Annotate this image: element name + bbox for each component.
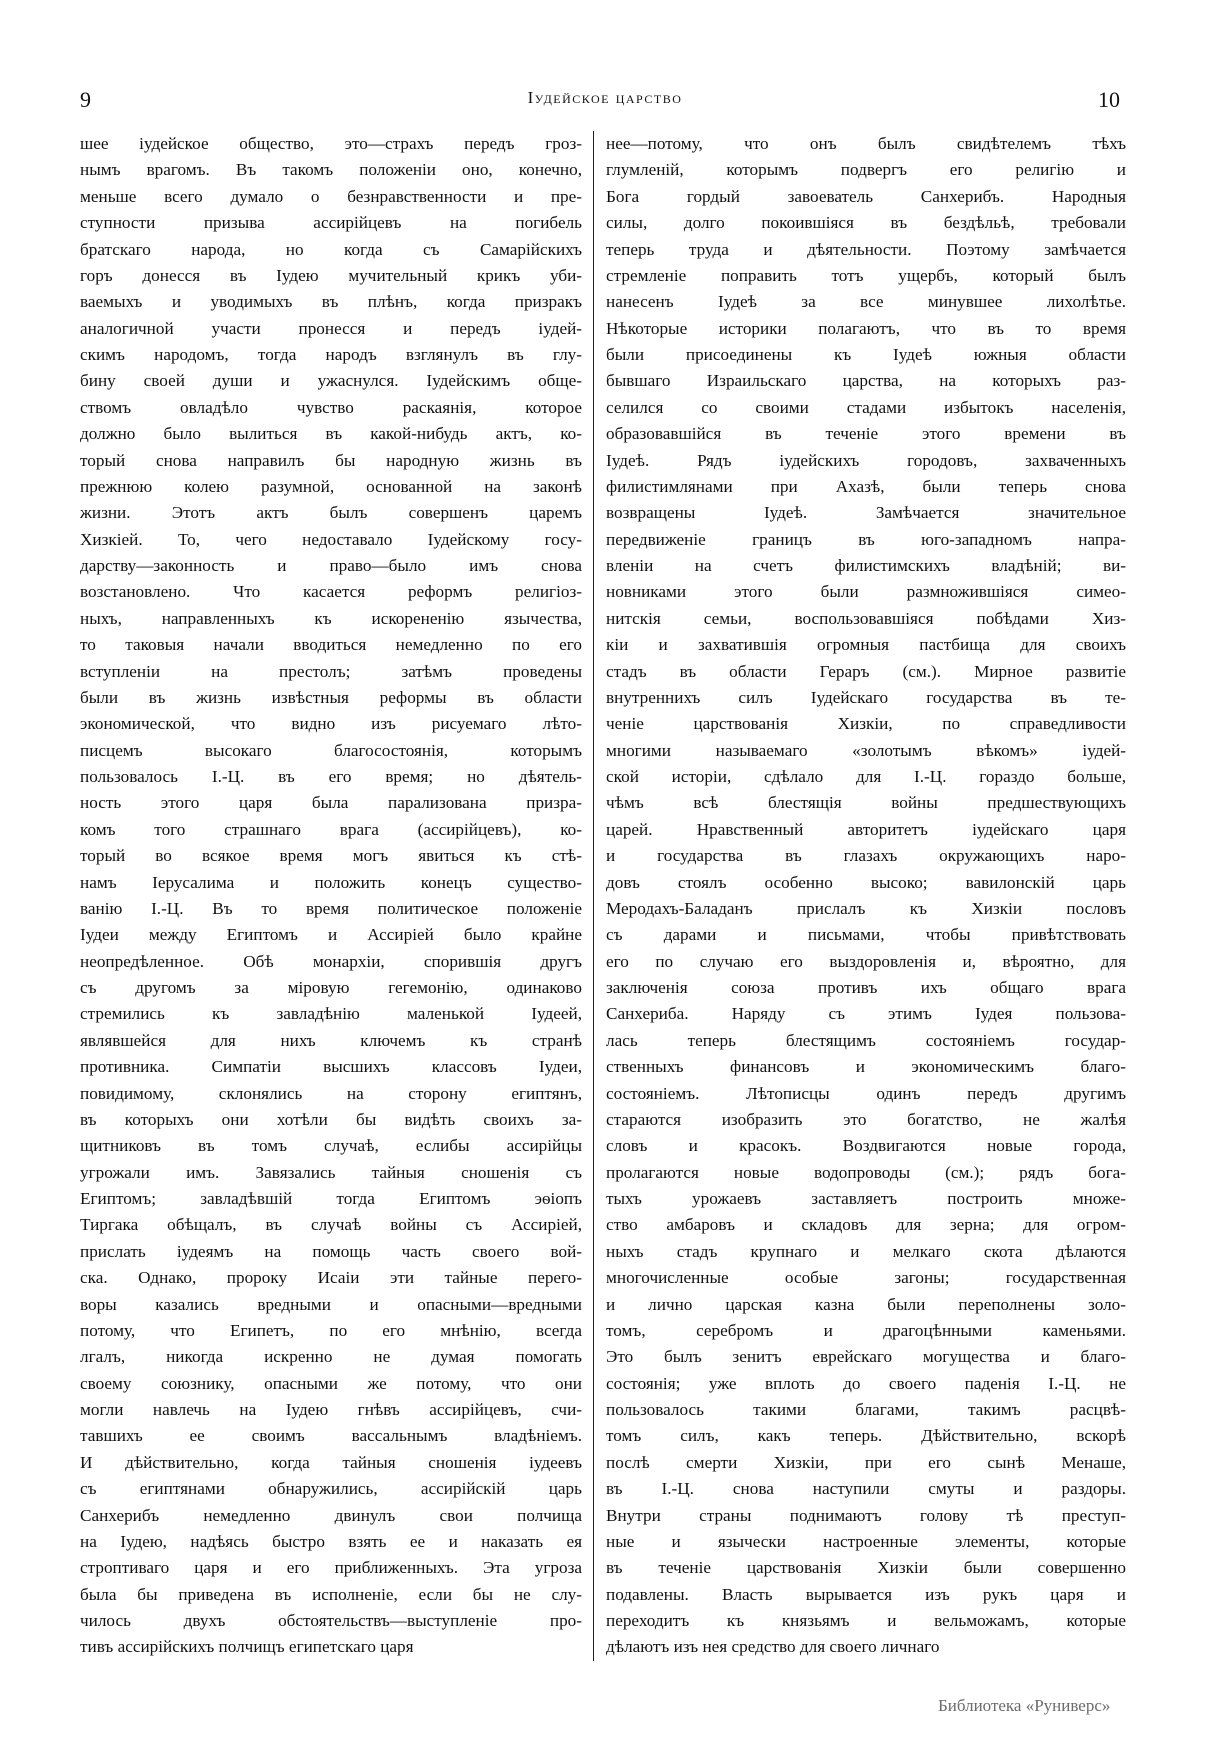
text-line: вленіи на счетъ филистимскихъ владѣній; … (606, 553, 1126, 579)
text-line: нымъ врагомъ. Въ такомъ положеніи оно, к… (80, 157, 582, 183)
text-line: послѣ смерти Хизкіи, при его сынѣ Менаше… (606, 1450, 1126, 1476)
text-line: горъ донесся въ Іудею мучительный крикъ … (80, 263, 582, 289)
text-line: переходитъ къ князьямъ и вельможамъ, кот… (606, 1608, 1126, 1634)
text-line: стадъ въ области Гераръ (см.). Мирное ра… (606, 659, 1126, 685)
text-line: дарству—законность и право—было имъ снов… (80, 553, 582, 579)
text-line: могли навлечь на Іудею гнѣвъ ассирійцевъ… (80, 1397, 582, 1423)
text-line: жизни. Этотъ актъ былъ совершенъ царемъ (80, 500, 582, 526)
text-line: была бы приведена въ исполненіе, если бы… (80, 1582, 582, 1608)
text-line: Меродахъ-Баладанъ прислалъ къ Хизкіи пос… (606, 896, 1126, 922)
text-line: томъ, серебромъ и драгоцѣнными каменьями… (606, 1318, 1126, 1344)
text-column-right: нее—потому, что онъ былъ свидѣтелемъ тѣх… (606, 131, 1126, 1661)
text-line: И дѣйствительно, когда тайныя сношенія і… (80, 1450, 582, 1476)
text-line: пользовалось такими благами, такимъ расц… (606, 1397, 1126, 1423)
text-line: являвшейся для нихъ ключемъ къ странѣ (80, 1028, 582, 1054)
text-line: вступленіи на престолъ; затѣмъ проведены (80, 659, 582, 685)
text-line: нитскія семьи, воспользовавшіяся побѣдам… (606, 606, 1126, 632)
text-line: торый во всякое время могъ явиться къ ст… (80, 843, 582, 869)
text-line: неопредѣленное. Обѣ монархіи, спорившія … (80, 949, 582, 975)
text-line: филистимлянами при Ахазѣ, были теперь сн… (606, 474, 1126, 500)
text-line: ственныхъ финансовъ и экономическимъ бла… (606, 1054, 1126, 1080)
text-line: Бога гордый завоеватель Санхерибъ. Народ… (606, 184, 1126, 210)
text-line: прислать іудеямъ на помощь часть своего … (80, 1239, 582, 1265)
text-line: его по случаю его выздоровленія и, вѣроя… (606, 949, 1126, 975)
text-line: теперь труда и дѣятельности. Поэтому зам… (606, 237, 1126, 263)
text-line: состояніемъ. Лѣтописцы одинъ передъ друг… (606, 1081, 1126, 1107)
text-line: ность этого царя была парализована призр… (80, 790, 582, 816)
text-line: и лично царская казна были переполнены з… (606, 1292, 1126, 1318)
text-column-left: шее іудейское общество, это—страхъ перед… (80, 131, 582, 1661)
text-line: тыхъ урожаевъ заставляетъ построить множ… (606, 1186, 1126, 1212)
text-line: ныхъ, направленныхъ къ искорененію языче… (80, 606, 582, 632)
text-line: ные и язычески настроенные элементы, кот… (606, 1529, 1126, 1555)
text-line: стремленіе поправить тотъ ущербъ, которы… (606, 263, 1126, 289)
text-line: прежнюю колею разумной, основанной на за… (80, 474, 582, 500)
text-line: экономической, что видно изъ рисуемаго л… (80, 711, 582, 737)
text-line: съ другомъ за міровую гегемонію, одинако… (80, 975, 582, 1001)
text-line: пользовалось І.-Ц. въ его время; но дѣят… (80, 764, 582, 790)
text-line: возстановлено. Что касается реформъ рели… (80, 579, 582, 605)
text-line: торый снова направилъ бы народную жизнь … (80, 448, 582, 474)
text-line: силы, долго покоившіяся въ бездѣльѣ, тре… (606, 210, 1126, 236)
text-line: шее іудейское общество, это—страхъ перед… (80, 131, 582, 157)
text-line: заключенія союза противъ ихъ общаго враг… (606, 975, 1126, 1001)
text-line: ствомъ овладѣло чувство раскаянія, котор… (80, 395, 582, 421)
text-line: довъ стоялъ особенно высоко; вавилонскій… (606, 870, 1126, 896)
text-line: Хизкіей. То, чего недоставало Іудейскому… (80, 527, 582, 553)
text-line: намъ Іерусалима и положить конецъ сущест… (80, 870, 582, 896)
text-line: и государства въ глазахъ окружающихъ нар… (606, 843, 1126, 869)
text-line: внутреннихъ силъ Іудейскаго государства … (606, 685, 1126, 711)
text-line: пролагаются новые водопроводы (см.); ряд… (606, 1160, 1126, 1186)
text-line: возвращены Іудеѣ. Замѣчается значительно… (606, 500, 1126, 526)
text-line: тивъ ассирійскихъ полчищъ египетскаго ца… (80, 1634, 582, 1660)
text-line: ство амбаровъ и складовъ для зерна; для … (606, 1212, 1126, 1238)
text-line: словъ и красокъ. Воздвигаются новые горо… (606, 1133, 1126, 1159)
text-line: своему союзнику, опасными же потому, что… (80, 1371, 582, 1397)
text-line: Это былъ зенитъ еврейскаго могущества и … (606, 1344, 1126, 1370)
text-line: глумленій, которымъ подвергъ его религію… (606, 157, 1126, 183)
text-line: ваемыхъ и уводимыхъ въ плѣнъ, когда приз… (80, 289, 582, 315)
running-title: Іудейское царство (0, 88, 1210, 108)
text-line: царей. Нравственный авторитетъ іудейскаг… (606, 817, 1126, 843)
text-line: бывшаго Израильскаго царства, на которых… (606, 368, 1126, 394)
text-line: потому, что Египетъ, по его мнѣнію, всег… (80, 1318, 582, 1344)
text-line: многочисленные особые загоны; государств… (606, 1265, 1126, 1291)
text-line: были въ жизнь извѣстныя реформы въ облас… (80, 685, 582, 711)
text-line: ска. Однако, пророку Исаіи эти тайные пе… (80, 1265, 582, 1291)
text-line: Тиргака обѣщалъ, въ случаѣ войны съ Асси… (80, 1212, 582, 1238)
text-line: въ І.-Ц. снова наступили смуты и раздоры… (606, 1476, 1126, 1502)
text-line: нее—потому, что онъ былъ свидѣтелемъ тѣх… (606, 131, 1126, 157)
text-line: писцемъ высокаго благосостоянія, которым… (80, 738, 582, 764)
text-line: братскаго народа, но когда съ Самарійски… (80, 237, 582, 263)
text-line: воры казались вредными и опасными—вредны… (80, 1292, 582, 1318)
text-line: щитниковъ въ томъ случаѣ, еслибы ассирій… (80, 1133, 582, 1159)
text-line: ванію І.-Ц. Въ то время политическое пол… (80, 896, 582, 922)
text-line: чилось двухъ обстоятельствъ—выступленіе … (80, 1608, 582, 1634)
text-line: Санхериба. Наряду съ этимъ Іудея пользов… (606, 1001, 1126, 1027)
text-line: Іудеѣ. Рядъ іудейскихъ городовъ, захваче… (606, 448, 1126, 474)
text-line: дѣлаютъ изъ нея средство для своего личн… (606, 1634, 1126, 1660)
text-line: Египтомъ; завладѣвшій тогда Египтомъ эѳі… (80, 1186, 582, 1212)
text-line: многими называемаго «золотымъ вѣкомъ» іу… (606, 738, 1126, 764)
text-line: Нѣкоторые историки полагаютъ, что въ то … (606, 316, 1126, 342)
text-line: тавшихъ ее своимъ вассальнымъ владѣніемъ… (80, 1423, 582, 1449)
text-line: состоянія; уже вплоть до своего паденія … (606, 1371, 1126, 1397)
text-line: должно было вылиться въ какой-нибудь акт… (80, 421, 582, 447)
text-line: чѣмъ всѣ блестящія войны предшествующихъ (606, 790, 1126, 816)
text-line: съ египтянами обнаружились, ассирійскій … (80, 1476, 582, 1502)
text-line: аналогичной участи пронесся и передъ іуд… (80, 316, 582, 342)
text-line: Санхерибъ немедленно двинулъ свои полчищ… (80, 1503, 582, 1529)
text-line: бину своей души и ужаснулся. Іудейскимъ … (80, 368, 582, 394)
text-line: лась теперь блестящимъ состояніемъ госуд… (606, 1028, 1126, 1054)
text-line: скимъ народомъ, тогда народъ взглянулъ в… (80, 342, 582, 368)
text-line: повидимому, склонялись на сторону египтя… (80, 1081, 582, 1107)
text-line: то таковыя начали вводиться немедленно п… (80, 632, 582, 658)
text-line: были присоединены къ Іудеѣ южныя области (606, 342, 1126, 368)
text-line: ныхъ стадъ крупнаго и мелкаго скота дѣла… (606, 1239, 1126, 1265)
page-header: 9 Іудейское царство 10 (0, 86, 1210, 116)
text-line: въ которыхъ они хотѣли бы видѣть своихъ … (80, 1107, 582, 1133)
text-line: селился со своими стадами избытокъ насел… (606, 395, 1126, 421)
text-line: подавлены. Власть вырывается изъ рукъ ца… (606, 1582, 1126, 1608)
page-number-right: 10 (1098, 86, 1120, 114)
text-line: комъ того страшнаго врага (ассирійцевъ),… (80, 817, 582, 843)
text-line: Внутри страны поднимаютъ голову тѣ прест… (606, 1503, 1126, 1529)
text-line: стремились къ завладѣнію маленькой Іудее… (80, 1001, 582, 1027)
text-line: меньше всего думало о безнравственности … (80, 184, 582, 210)
text-line: лгалъ, никогда искренно не думая помогат… (80, 1344, 582, 1370)
text-line: томъ силъ, какъ теперь. Дѣйствительно, в… (606, 1423, 1126, 1449)
text-line: образовавшійся въ теченіе этого времени … (606, 421, 1126, 447)
text-line: Іудеи между Египтомъ и Ассиріей было кра… (80, 922, 582, 948)
text-line: ступности призыва ассирійцевъ на погибел… (80, 210, 582, 236)
text-line: кіи и захватившія огромныя пастбища для … (606, 632, 1126, 658)
text-line: новниками этого были размножившіяся симе… (606, 579, 1126, 605)
text-line: угрожали имъ. Завязались тайныя сношенія… (80, 1160, 582, 1186)
text-line: строптиваго царя и его приближенныхъ. Эт… (80, 1555, 582, 1581)
text-line: противника. Симпатіи высшихъ классовъ Іу… (80, 1054, 582, 1080)
text-line: въ теченіе царствованія Хизкіи были сове… (606, 1555, 1126, 1581)
text-line: ской исторіи, сдѣлало для І.-Ц. гораздо … (606, 764, 1126, 790)
text-line: ченіе царствованія Хизкіи, по справедлив… (606, 711, 1126, 737)
library-watermark: Библиотека «Руниверс» (938, 1696, 1110, 1716)
text-line: нанесенъ Іудеѣ за все минувшее лихолѣтье… (606, 289, 1126, 315)
text-line: съ дарами и письмами, чтобы привѣтствова… (606, 922, 1126, 948)
text-line: стараются изобразить это богатство, не ж… (606, 1107, 1126, 1133)
text-line: на Іудею, надѣясь быстро взять ее и нака… (80, 1529, 582, 1555)
text-line: передвиженіе границъ въ юго-западномъ на… (606, 527, 1126, 553)
column-divider (593, 131, 594, 1661)
